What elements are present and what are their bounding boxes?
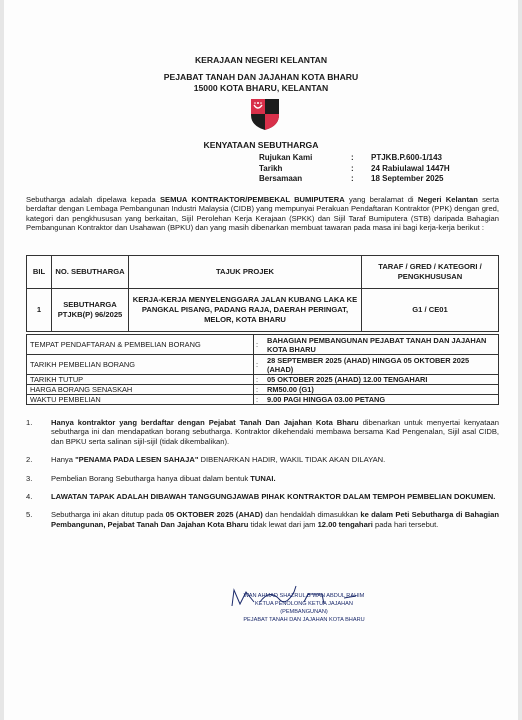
list-item: 2. Hanya "PENAMA PADA LESEN SAHAJA" DIBE… xyxy=(26,455,499,464)
table-row: WAKTU PEMBELIAN : 9.00 PAGI HINGGA 03.00… xyxy=(27,395,499,405)
table-row: TARIKH TUTUP : 05 OKTOBER 2025 (AHAD) 12… xyxy=(27,375,499,385)
reference-block: Rujukan Kami : PTJKB.P.600-1/143 Tarikh … xyxy=(259,153,450,185)
government-name: KERAJAAN NEGERI KELANTAN xyxy=(4,55,518,65)
kelantan-crest-icon xyxy=(248,97,282,131)
signature-block: WAN AHMAD SHAZRUL B WAN ABDUL RAHIM KETU… xyxy=(224,592,384,624)
list-item: 4. LAWATAN TAPAK ADALAH DIBAWAH TANGGUNG… xyxy=(26,492,499,501)
table-row: TEMPAT PENDAFTARAN & PEMBELIAN BORANG : … xyxy=(27,335,499,355)
signatory-office: PEJABAT TANAH DAN JAJAHAN KOTA BHARU xyxy=(224,616,384,624)
notes-list: 1. Hanya kontraktor yang berdaftar denga… xyxy=(26,418,499,538)
signatory-title: KETUA PENOLONG KETUA JAJAHAN xyxy=(224,600,384,608)
office-address: 15000 KOTA BHARU, KELANTAN xyxy=(4,83,518,93)
info-table: TEMPAT PENDAFTARAN & PEMBELIAN BORANG : … xyxy=(26,334,499,405)
list-item: 5. Sebutharga ini akan ditutup pada 05 O… xyxy=(26,510,499,529)
list-item: 1. Hanya kontraktor yang berdaftar denga… xyxy=(26,418,499,446)
reference-row: Tarikh : 24 Rabiulawal 1447H xyxy=(259,164,450,175)
table-row: 1 SEBUTHARGA PTJKB(P) 96/2025 KERJA-KERJ… xyxy=(27,289,499,332)
signatory-name: WAN AHMAD SHAZRUL B WAN ABDUL RAHIM xyxy=(224,592,384,600)
signatory-unit: (PEMBANGUNAN) xyxy=(224,608,384,616)
table-row: TARIKH PEMBELIAN BORANG : 28 SEPTEMBER 2… xyxy=(27,355,499,375)
project-table: BIL NO. SEBUTHARGA TAJUK PROJEK TARAF / … xyxy=(26,255,499,332)
table-header-row: BIL NO. SEBUTHARGA TAJUK PROJEK TARAF / … xyxy=(27,256,499,289)
office-name: PEJABAT TANAH DAN JAJAHAN KOTA BHARU xyxy=(4,72,518,82)
document-page: KERAJAAN NEGERI KELANTAN PEJABAT TANAH D… xyxy=(4,0,518,720)
reference-row: Bersamaan : 18 September 2025 xyxy=(259,174,450,185)
reference-row: Rujukan Kami : PTJKB.P.600-1/143 xyxy=(259,153,450,164)
table-row: HARGA BORANG SENASKAH : RM50.00 (G1) xyxy=(27,385,499,395)
intro-paragraph: Sebutharga adalah dipelawa kepada SEMUA … xyxy=(26,195,499,233)
list-item: 3. Pembelian Borang Sebutharga hanya dib… xyxy=(26,474,499,483)
document-title: KENYATAAN SEBUTHARGA xyxy=(4,140,518,150)
